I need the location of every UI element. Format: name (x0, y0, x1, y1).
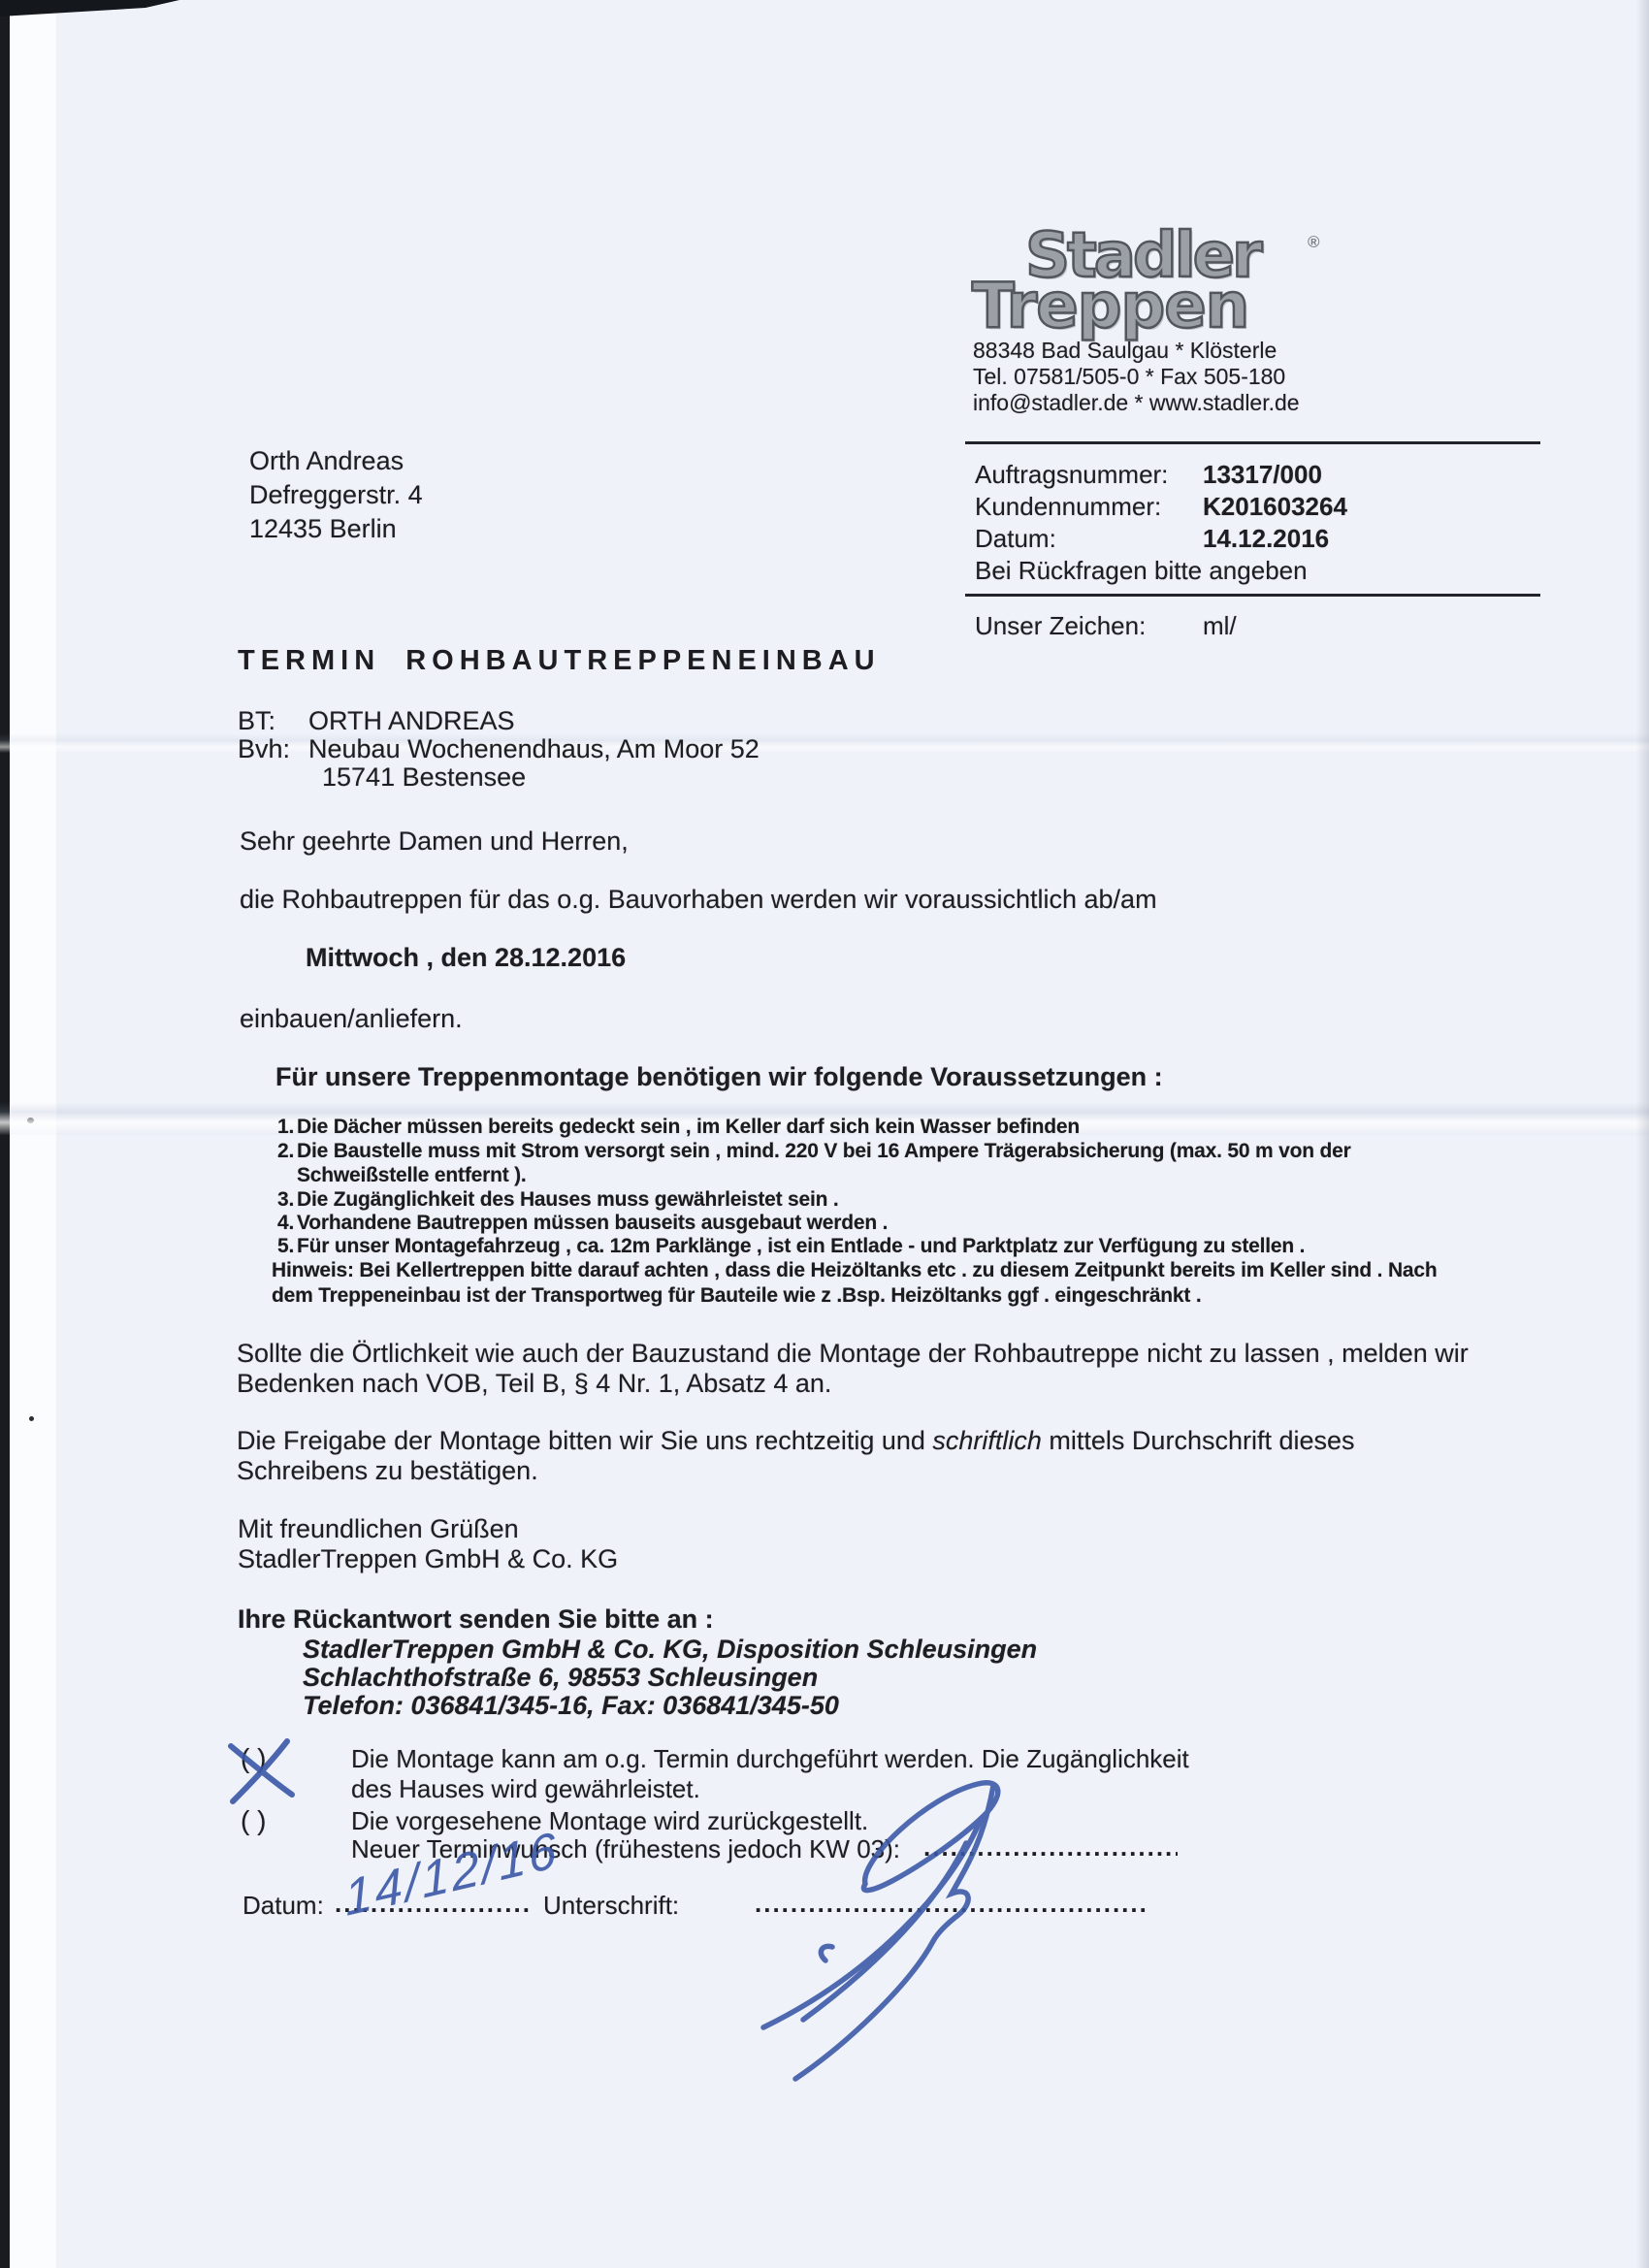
divider-line (965, 594, 1540, 597)
scan-top-artifact (0, 0, 179, 16)
bvh-label: Bvh: (238, 734, 290, 764)
order-number-value: 13317/000 (1203, 460, 1322, 490)
vob-paragraph-line: Bedenken nach VOB, Teil B, § 4 Nr. 1, Ab… (237, 1369, 831, 1399)
date-row-label: Datum: (975, 524, 1056, 554)
company-logo-word-treppen: Treppen (972, 275, 1248, 338)
release-text-italic: schriftlich (932, 1426, 1042, 1455)
list-item-continuation: Schweißstelle entfernt ). (297, 1164, 527, 1187)
reference-label: Unser Zeichen: (975, 611, 1146, 641)
bvh-value: Neubau Wochenendhaus, Am Moor 52 (308, 734, 760, 764)
checkbox-option-1: ( ) (241, 1743, 266, 1774)
list-item-number: 2. (277, 1140, 294, 1163)
list-item: Vorhandene Bautreppen müssen bauseits au… (297, 1212, 888, 1235)
scan-edge-strip (0, 0, 10, 2268)
checkbox-option-2: ( ) (241, 1805, 266, 1836)
list-item: Die Baustelle muss mit Strom versorgt se… (297, 1140, 1351, 1163)
install-date-line: Mittwoch , den 28.12.2016 (306, 943, 626, 973)
order-info-note: Bei Rückfragen bitte angeben (975, 556, 1308, 586)
list-item-number: 3. (277, 1188, 294, 1212)
unterschrift-label: Unterschrift: (543, 1891, 679, 1921)
list-item-number: 5. (277, 1235, 294, 1258)
new-date-dotted-line: ........................................ (923, 1832, 1178, 1863)
release-paragraph-line: Schreibens zu bestätigen. (237, 1456, 538, 1486)
letterhead-email-line: info@stadler.de * www.stadler.de (973, 390, 1300, 416)
letterhead-address-line: 88348 Bad Saulgau * Klösterle (973, 338, 1277, 364)
recipient-name: Orth Andreas (249, 446, 404, 476)
install-line: einbauen/anliefern. (240, 1004, 463, 1034)
recipient-city: 12435 Berlin (249, 514, 397, 544)
list-item: Für unser Montagefahrzeug , ca. 12m Park… (297, 1235, 1305, 1258)
list-item-number: 4. (277, 1212, 294, 1235)
closing-company: StadlerTreppen GmbH & Co. KG (238, 1544, 618, 1574)
scan-speck (29, 1416, 34, 1421)
scan-right-shadow (1635, 0, 1649, 2268)
intro-line: die Rohbautreppen für das o.g. Bauvorhab… (240, 885, 1157, 915)
scanned-letter-page: Stadler ® Treppen 88348 Bad Saulgau * Kl… (0, 0, 1649, 2268)
letterhead-phone-line: Tel. 07581/505-0 * Fax 505-180 (973, 364, 1285, 390)
release-paragraph-line: Die Freigabe der Montage bitten wir Sie … (237, 1426, 1355, 1456)
option-1-text: Die Montage kann am o.g. Termin durchgef… (351, 1744, 1189, 1774)
letter-date-value: 14.12.2016 (1203, 524, 1329, 554)
release-text: mittels Durchschrift dieses (1042, 1426, 1355, 1455)
subject-line: TERMIN ROHBAUTREPPENEINBAU (238, 645, 881, 677)
reply-address-line: Schlachthofstraße 6, 98553 Schleusingen (303, 1663, 818, 1693)
closing-greeting: Mit freundlichen Grüßen (238, 1514, 519, 1544)
salutation: Sehr geehrte Damen und Herren, (240, 826, 629, 857)
customer-number-value: K201603264 (1203, 492, 1347, 522)
unterschrift-dotted-line: ........................................… (755, 1889, 1147, 1919)
recipient-street: Defreggerstr. 4 (249, 480, 423, 510)
reply-phone-line: Telefon: 036841/345-16, Fax: 036841/345-… (303, 1691, 839, 1721)
bvh-city: 15741 Bestensee (322, 762, 526, 793)
registered-trademark-icon: ® (1308, 233, 1320, 252)
option-1-text: des Hauses wird gewährleistet. (351, 1774, 700, 1804)
reference-value: ml/ (1203, 611, 1237, 641)
customer-row-label: Kundennummer: (975, 492, 1161, 522)
bt-value: ORTH ANDREAS (308, 706, 515, 736)
requirements-note-line: Hinweis: Bei Kellertreppen bitte darauf … (272, 1259, 1438, 1282)
order-row-label: Auftragsnummer: (975, 460, 1168, 490)
scan-speck (27, 1118, 34, 1123)
divider-line (965, 441, 1540, 444)
vob-paragraph-line: Sollte die Örtlichkeit wie auch der Bauz… (237, 1339, 1469, 1369)
requirements-note-line: dem Treppeneinbau ist der Transportweg f… (272, 1284, 1201, 1308)
list-item: Die Zugänglichkeit des Hauses muss gewäh… (297, 1188, 839, 1212)
requirements-heading: Für unsere Treppenmontage benötigen wir … (275, 1062, 1163, 1092)
datum-label: Datum: (242, 1891, 324, 1921)
reply-address-line: StadlerTreppen GmbH & Co. KG, Dispositio… (303, 1635, 1037, 1665)
list-item: Die Dächer müssen bereits gedeckt sein ,… (297, 1116, 1080, 1139)
option-2-text: Die vorgesehene Montage wird zurückgeste… (351, 1806, 868, 1836)
bt-label: BT: (238, 706, 275, 736)
list-item-number: 1. (277, 1116, 294, 1139)
reply-heading: Ihre Rückantwort senden Sie bitte an : (238, 1604, 714, 1635)
release-text: Die Freigabe der Montage bitten wir Sie … (237, 1426, 932, 1455)
scan-margin-strip (10, 0, 56, 2268)
